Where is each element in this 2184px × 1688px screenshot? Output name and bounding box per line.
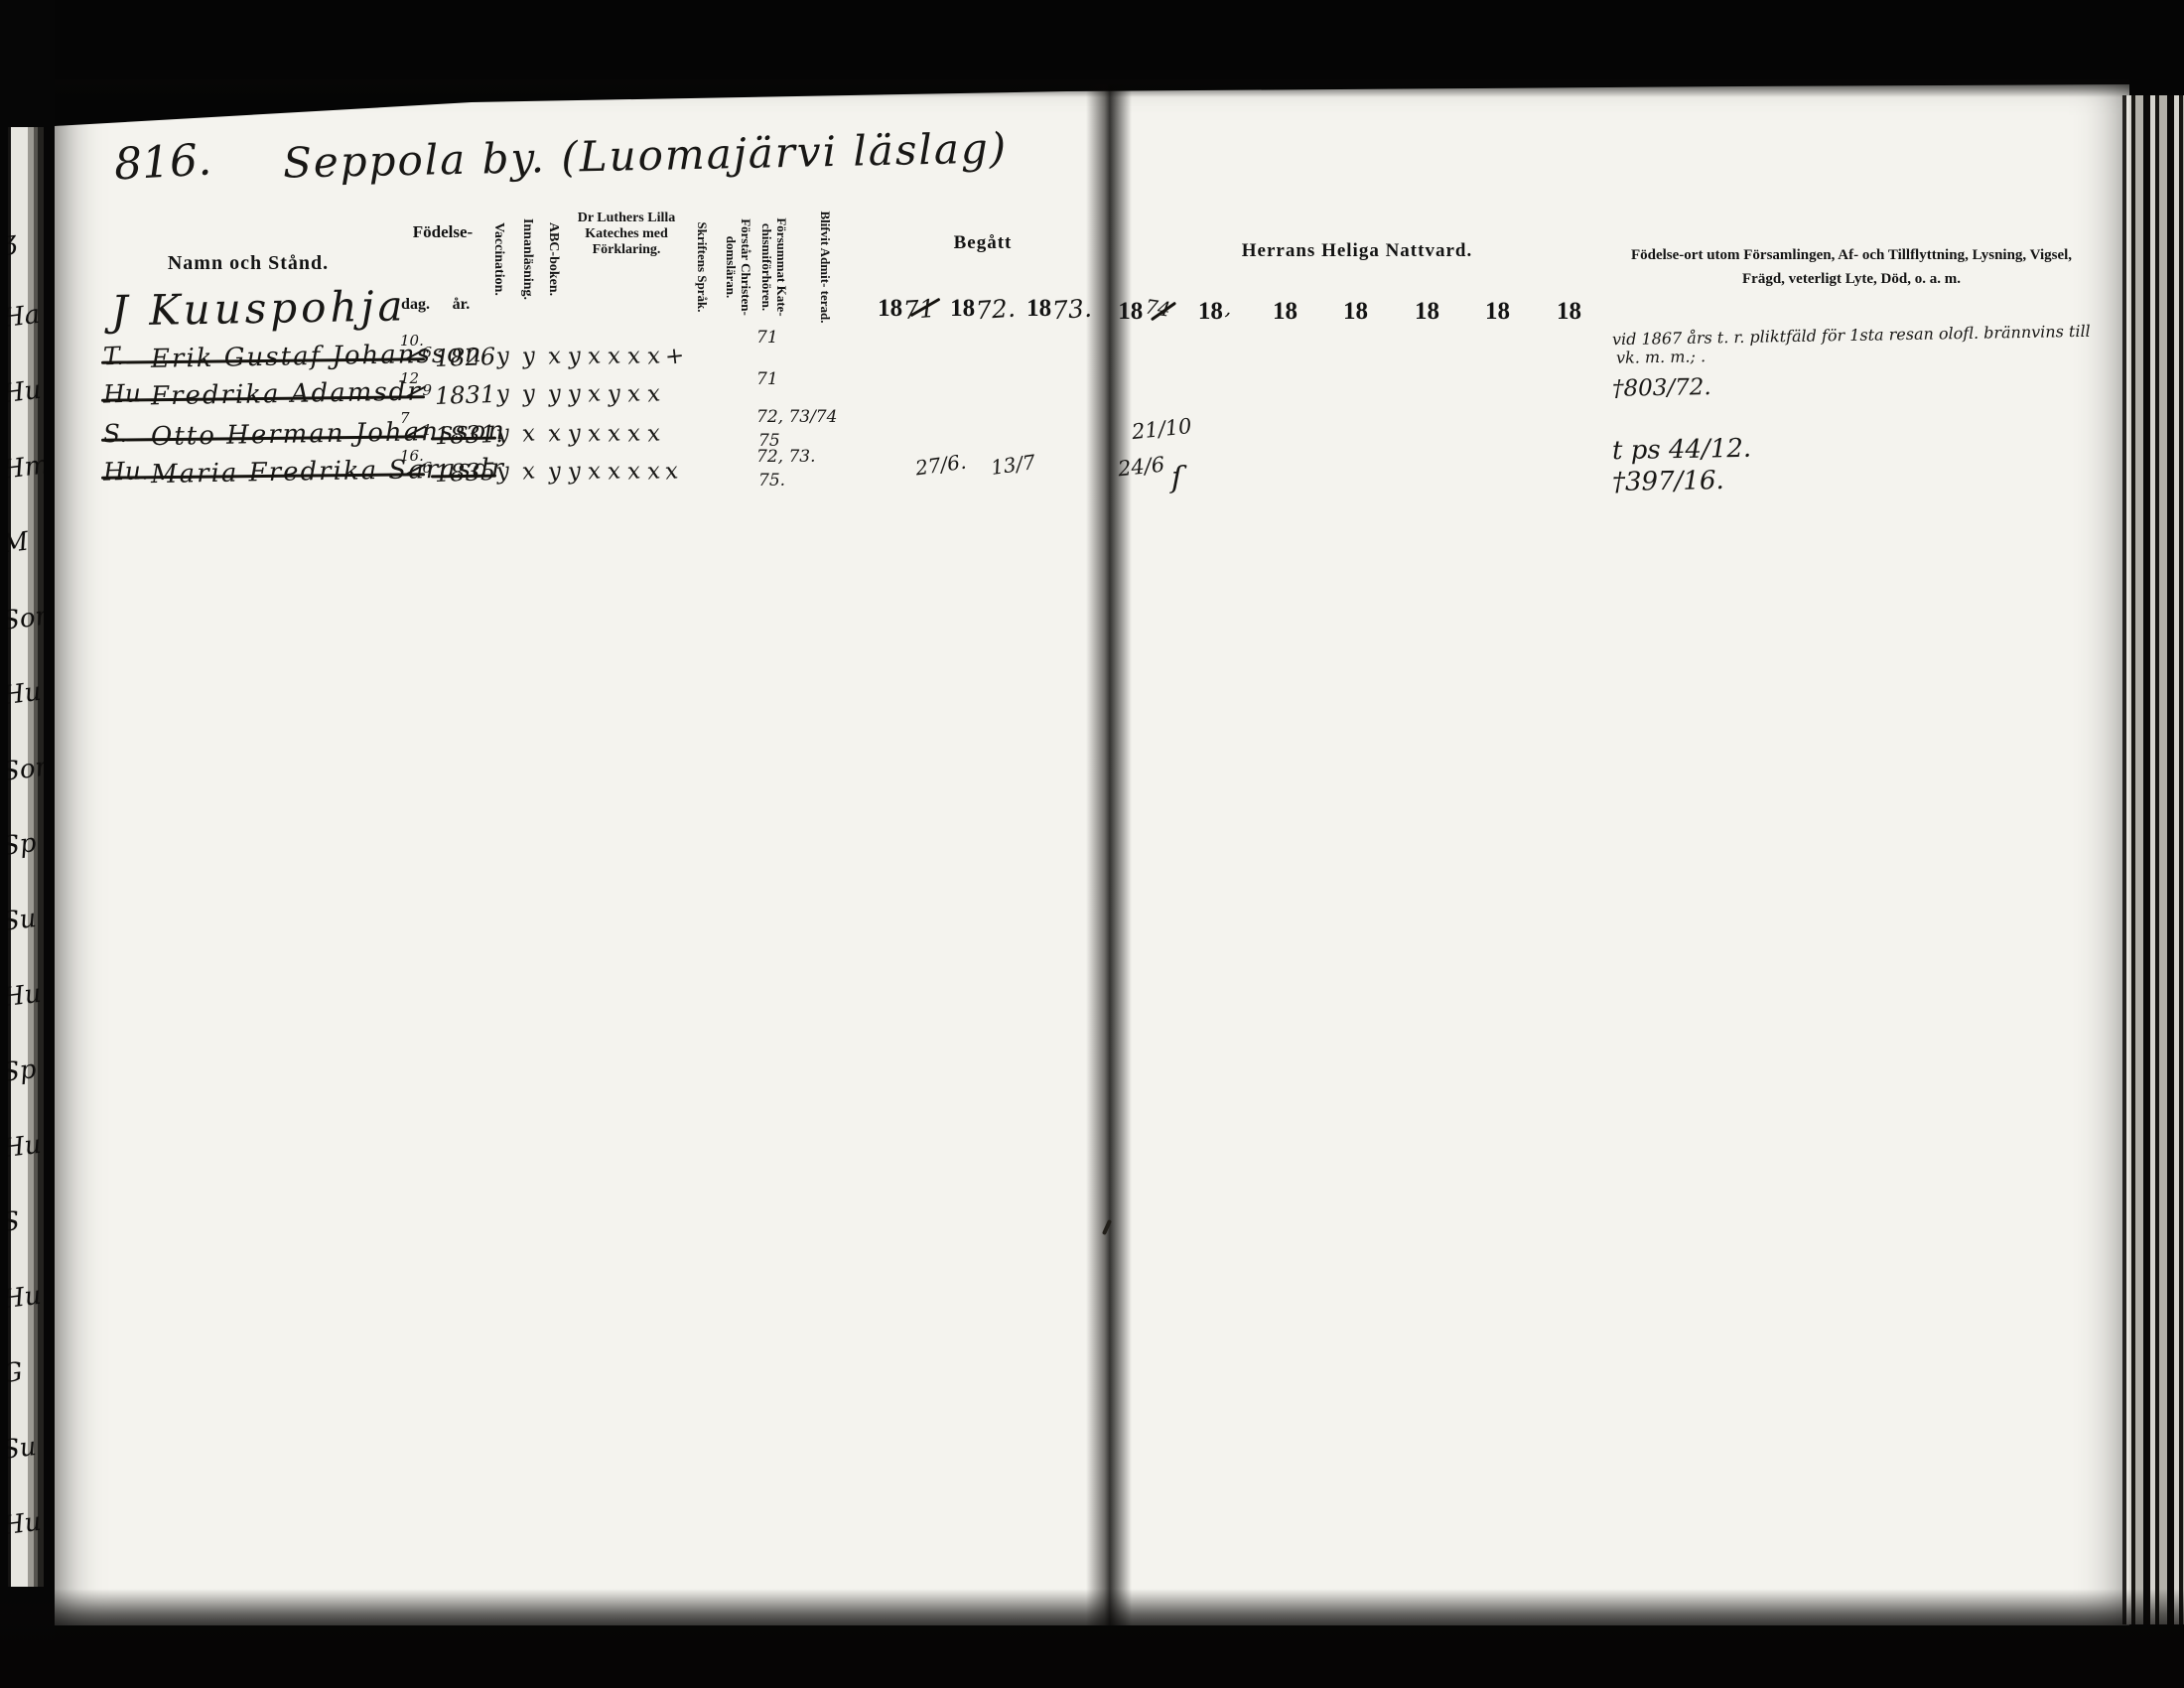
margin-fragment: Hu bbox=[8, 1507, 43, 1542]
communion-year-cell: 18 bbox=[1393, 292, 1463, 332]
communion-year-cell: 18 bbox=[1463, 292, 1534, 332]
col-header-admitted: Blifvit Admit- terad. bbox=[808, 206, 844, 329]
year-printed-prefix: 18 bbox=[1026, 295, 1051, 323]
communion-year-cell: 18 bbox=[1535, 292, 1605, 332]
margin-fragment: Sp bbox=[8, 828, 38, 862]
progress-mark: x bbox=[646, 380, 662, 407]
progress-mark: + bbox=[664, 343, 686, 370]
page-top-fade bbox=[55, 79, 2129, 97]
progress-mark: y bbox=[495, 420, 511, 447]
year-printed-prefix: 18 bbox=[950, 295, 975, 323]
note-entry: vk. m. m.; . bbox=[1616, 347, 1706, 367]
margin-fragment: Son bbox=[8, 752, 44, 787]
progress-mark: x bbox=[587, 343, 603, 369]
col-header-understands: Förstår Christen- domsläran. bbox=[721, 206, 756, 329]
progress-mark: x bbox=[607, 458, 622, 485]
margin-fragment: Su bbox=[8, 904, 38, 937]
margin-fragment: Su bbox=[8, 1432, 38, 1466]
person-prefix: Hu. bbox=[103, 456, 150, 487]
book-margin-strip: ʒHaHuHmMSonHuSonSpSuHuSpHuSHuGSuHu bbox=[0, 0, 55, 1688]
col-header-missed: Försummat Kate- chismiförhören. bbox=[756, 206, 792, 329]
col-header-birth-year: år. bbox=[434, 294, 488, 316]
progress-mark: y bbox=[607, 380, 622, 407]
note-entry: †397/16. bbox=[1612, 466, 1724, 497]
year-handwritten-suffix: 72. bbox=[975, 293, 1017, 325]
scan-background: 816. Seppola by. (Luomajärvi läslag) Nam… bbox=[0, 0, 2184, 1688]
col-header-catechism-line3: Förklaring. bbox=[567, 242, 686, 258]
margin-fragment: Hu bbox=[8, 375, 43, 410]
col-header-vaccination: Vaccination. bbox=[489, 199, 509, 320]
progress-mark: x bbox=[607, 343, 622, 369]
margin-fragment: Hu bbox=[8, 1281, 43, 1316]
col-header-birth: Födelse- bbox=[397, 220, 488, 244]
person-prefix: S. bbox=[103, 419, 128, 449]
progress-mark: y bbox=[495, 380, 511, 407]
margin-fragment: ʒ bbox=[8, 225, 18, 257]
person-prefix: Hu bbox=[103, 378, 142, 408]
missed-years-note: 71 bbox=[756, 328, 778, 348]
margin-fragment: S bbox=[8, 1206, 22, 1238]
missed-years-note: 75. bbox=[758, 471, 785, 491]
progress-mark: x bbox=[646, 458, 662, 485]
progress-mark: x bbox=[607, 420, 622, 447]
margin-fragment: G bbox=[8, 1357, 25, 1389]
progress-mark: y bbox=[547, 380, 563, 407]
communion-year-cell: 18 bbox=[1251, 292, 1321, 332]
birth-year: 1831 bbox=[435, 380, 496, 410]
col-header-notes-line2: Frägd, veterligt Lyte, Död, o. a. m. bbox=[1609, 268, 2094, 290]
progress-mark: x bbox=[521, 458, 537, 485]
margin-fragment: Hu bbox=[8, 677, 43, 712]
col-header-catechism-line2: Kateches med bbox=[567, 226, 686, 242]
page-number: 816. bbox=[113, 134, 213, 190]
missed-years-note: 72, 73. bbox=[756, 447, 815, 467]
communion-year-cell: 1871 bbox=[869, 290, 944, 328]
margin-fragment: Hu bbox=[8, 1130, 43, 1165]
progress-mark: y bbox=[495, 458, 511, 485]
year-printed-prefix: 18 bbox=[1118, 298, 1143, 326]
progress-mark: x bbox=[521, 420, 537, 447]
margin-fragment: Hm bbox=[8, 450, 44, 486]
year-printed-prefix: 18 bbox=[878, 295, 902, 323]
progress-mark: x bbox=[664, 458, 680, 485]
communion-flourish: ſ bbox=[1171, 461, 1182, 495]
progress-mark: y bbox=[567, 420, 583, 447]
margin-fragment: Hu bbox=[8, 979, 43, 1014]
year-printed-prefix: 18 bbox=[1485, 298, 1510, 326]
progress-mark: x bbox=[626, 458, 642, 485]
progress-mark: y bbox=[521, 343, 537, 369]
margin-fragment: M bbox=[8, 526, 30, 559]
person-prefix: T. bbox=[103, 342, 125, 371]
col-header-notes-line1: Födelse-ort utom Församlingen, Af- och T… bbox=[1609, 244, 2094, 266]
progress-mark: y bbox=[567, 458, 583, 485]
communion-year-cell: 1872. bbox=[945, 290, 1021, 328]
progress-mark: x bbox=[587, 458, 603, 485]
communion-date: 24/6 bbox=[1117, 453, 1165, 482]
year-printed-prefix: 18 bbox=[1273, 298, 1297, 326]
birth-year: 1835 bbox=[435, 458, 496, 488]
year-printed-prefix: 18 bbox=[1557, 298, 1581, 326]
progress-mark: y bbox=[495, 343, 511, 369]
progress-mark: x bbox=[646, 420, 662, 447]
note-entry: †803/72. bbox=[1612, 374, 1711, 402]
group-heading: J Kuuspohja bbox=[111, 281, 407, 335]
page-edge-streaks bbox=[2122, 95, 2184, 1624]
col-header-communion-nattvard: Herrans Heliga Nattvard. bbox=[1109, 238, 1605, 264]
col-header-communion-begatt: Begått bbox=[869, 230, 1097, 256]
progress-mark: x bbox=[587, 380, 603, 407]
birth-year: 1826 bbox=[435, 343, 496, 372]
col-header-name: Namn och Stånd. bbox=[99, 238, 397, 288]
col-header-reading: Innanläsning. bbox=[518, 199, 538, 320]
communion-year-cell: 1873. bbox=[1022, 290, 1097, 328]
progress-mark: x bbox=[547, 420, 563, 447]
communion-year-cell: 18, bbox=[1179, 292, 1250, 332]
progress-mark: y bbox=[547, 458, 563, 485]
progress-mark: x bbox=[547, 343, 563, 369]
page-edge-sliver: ʒHaHuHmMSonHuSonSpSuHuSpHuSHuGSuHu bbox=[8, 127, 44, 1587]
year-printed-prefix: 18 bbox=[1343, 298, 1368, 326]
progress-mark: y bbox=[521, 380, 537, 407]
col-header-scripture: Skriftens Språk. bbox=[693, 206, 713, 329]
progress-mark: y bbox=[567, 343, 583, 369]
progress-mark: y bbox=[567, 380, 583, 407]
year-printed-prefix: 18 bbox=[1415, 298, 1439, 326]
col-header-abc-book: ABC-boken. bbox=[544, 199, 564, 320]
progress-mark: x bbox=[646, 343, 662, 369]
col-header-catechism-line1: Dr Luthers Lilla bbox=[567, 211, 686, 226]
margin-fragment: Ha bbox=[8, 300, 42, 334]
progress-mark: x bbox=[626, 343, 642, 369]
year-handwritten-suffix: 73. bbox=[1051, 293, 1093, 325]
margin-fragment: Sp bbox=[8, 1055, 38, 1088]
progress-mark: x bbox=[626, 420, 642, 447]
year-printed-prefix: 18 bbox=[1198, 298, 1223, 326]
margin-fragment: Son bbox=[8, 601, 44, 636]
birth-year: 1831. bbox=[435, 420, 504, 450]
person-name: Fredrika Adamsdr bbox=[151, 377, 422, 412]
communion-year-cell: 18 bbox=[1321, 292, 1392, 332]
year-handwritten-overlay: , bbox=[1224, 296, 1234, 321]
progress-mark: x bbox=[587, 420, 603, 447]
communion-year-cell: 1874 bbox=[1109, 292, 1179, 332]
page-bottom-fade bbox=[0, 1589, 2184, 1688]
missed-years-note: 72, 73/74 bbox=[756, 407, 837, 427]
note-entry: t ps 44/12. bbox=[1612, 434, 1752, 466]
missed-years-note: 71 bbox=[756, 369, 778, 389]
progress-mark: x bbox=[626, 380, 642, 407]
